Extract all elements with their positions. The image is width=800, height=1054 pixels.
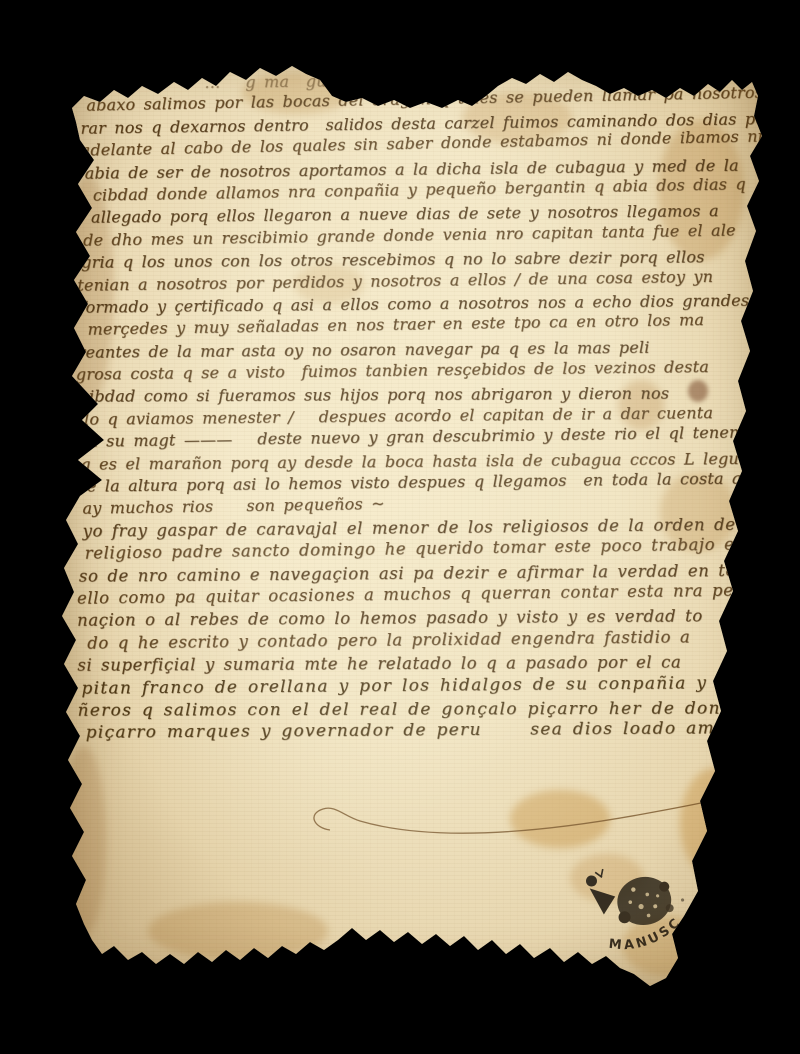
manuscript-photo: … g ma gu … q …abaxo salimos por las boc… [0, 0, 800, 1054]
manuscript-page: … g ma gu … q …abaxo salimos por las boc… [62, 56, 762, 988]
paper-edge-vignette [62, 56, 762, 988]
